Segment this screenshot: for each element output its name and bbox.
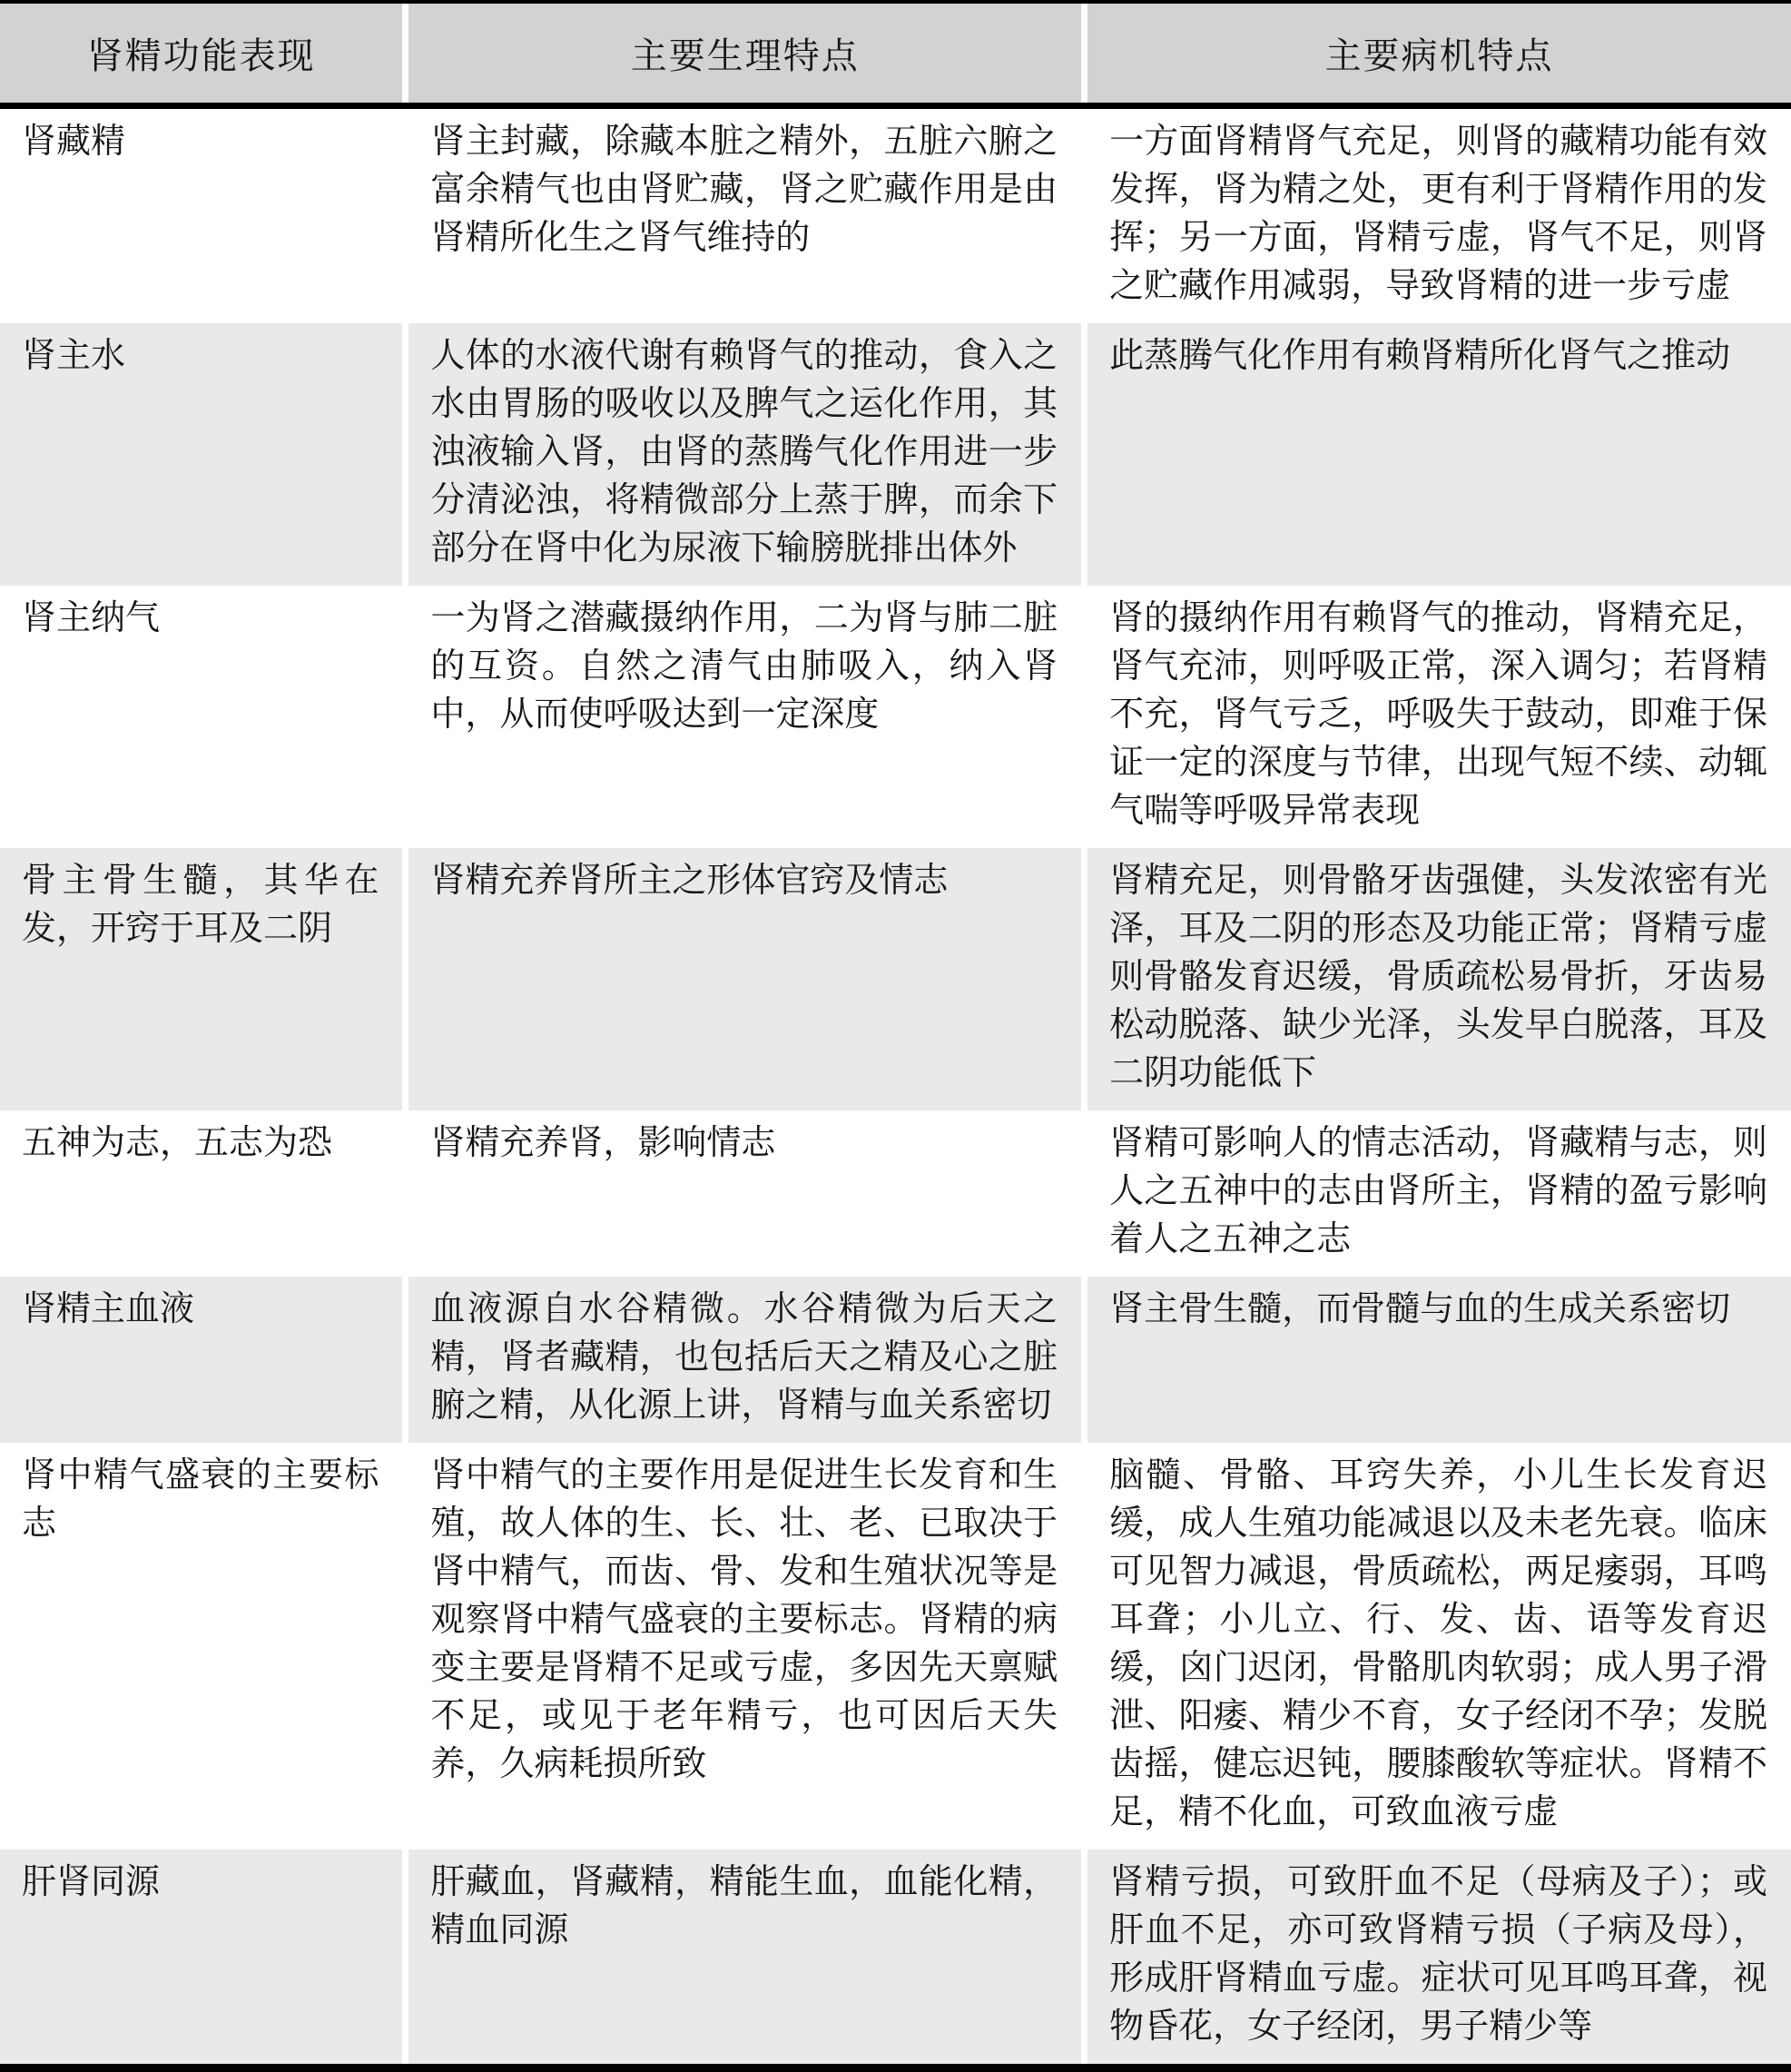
cell-function: 肾主水 [0, 323, 406, 586]
cell-physiology: 肾精充养肾所主之形体官窍及情志 [406, 848, 1085, 1110]
cell-pathology: 肾精充足，则骨骼牙齿强健，头发浓密有光泽，耳及二阴的形态及功能正常；肾精亏虚则骨… [1085, 848, 1791, 1110]
cell-pathology: 脑髓、骨骼、耳窍失养，小儿生长发育迟缓，成人生殖功能减退以及未老先衰。临床可见智… [1085, 1443, 1791, 1850]
cell-physiology: 人体的水液代谢有赖肾气的推动，食入之水由胃肠的吸收以及脾气之运化作用，其浊液输入… [406, 323, 1085, 586]
cell-physiology: 肾精充养肾，影响情志 [406, 1110, 1085, 1277]
table-body: 肾藏精 肾主封藏，除藏本脏之精外，五脏六腑之富余精气也由肾贮藏，肾之贮藏作用是由… [0, 105, 1791, 2064]
cell-pathology: 此蒸腾气化作用有赖肾精所化肾气之推动 [1085, 323, 1791, 586]
cell-physiology: 血液源自水谷精微。水谷精微为后天之精，肾者藏精，也包括后天之精及心之脏腑之精，从… [406, 1277, 1085, 1443]
cell-function: 肾精主血液 [0, 1277, 406, 1443]
cell-function: 肾藏精 [0, 105, 406, 323]
table-header: 肾精功能表现 主要生理特点 主要病机特点 [0, 4, 1791, 105]
table-row: 肾中精气盛衰的主要标志 肾中精气的主要作用是促进生长发育和生殖，故人体的生、长、… [0, 1443, 1791, 1850]
table-row: 肝肾同源 肝藏血，肾藏精，精能生血，血能化精，精血同源 肾精亏损，可致肝血不足（… [0, 1850, 1791, 2064]
cell-pathology: 肾精可影响人的情志活动，肾藏精与志，则人之五神中的志由肾所主，肾精的盈亏影响着人… [1085, 1110, 1791, 1277]
document-page: 肾精功能表现 主要生理特点 主要病机特点 肾藏精 肾主封藏，除藏本脏之精外，五脏… [0, 0, 1791, 2072]
column-header-function: 肾精功能表现 [0, 4, 406, 105]
table-row: 肾主纳气 一为肾之潜藏摄纳作用，二为肾与肺二脏的互资。自然之清气由肺吸入，纳入肾… [0, 586, 1791, 848]
cell-pathology: 肾主骨生髓，而骨髓与血的生成关系密切 [1085, 1277, 1791, 1443]
table-row: 肾主水 人体的水液代谢有赖肾气的推动，食入之水由胃肠的吸收以及脾气之运化作用，其… [0, 323, 1791, 586]
cell-function: 五神为志，五志为恐 [0, 1110, 406, 1277]
table-row: 骨主骨生髓，其华在发，开窍于耳及二阴 肾精充养肾所主之形体官窍及情志 肾精充足，… [0, 848, 1791, 1110]
cell-physiology: 一为肾之潜藏摄纳作用，二为肾与肺二脏的互资。自然之清气由肺吸入，纳入肾中，从而使… [406, 586, 1085, 848]
table-row: 肾精主血液 血液源自水谷精微。水谷精微为后天之精，肾者藏精，也包括后天之精及心之… [0, 1277, 1791, 1443]
cell-pathology: 一方面肾精肾气充足，则肾的藏精功能有效发挥，肾为精之处，更有利于肾精作用的发挥；… [1085, 105, 1791, 323]
table-row: 肾藏精 肾主封藏，除藏本脏之精外，五脏六腑之富余精气也由肾贮藏，肾之贮藏作用是由… [0, 105, 1791, 323]
cell-function: 肾主纳气 [0, 586, 406, 848]
header-row: 肾精功能表现 主要生理特点 主要病机特点 [0, 4, 1791, 105]
cell-physiology: 肾主封藏，除藏本脏之精外，五脏六腑之富余精气也由肾贮藏，肾之贮藏作用是由肾精所化… [406, 105, 1085, 323]
cell-function: 肾中精气盛衰的主要标志 [0, 1443, 406, 1850]
cell-pathology: 肾的摄纳作用有赖肾气的推动，肾精充足，肾气充沛，则呼吸正常，深入调匀；若肾精不充… [1085, 586, 1791, 848]
cell-physiology: 肝藏血，肾藏精，精能生血，血能化精，精血同源 [406, 1850, 1085, 2064]
cell-pathology: 肾精亏损，可致肝血不足（母病及子）；或肝血不足，亦可致肾精亏损（子病及母），形成… [1085, 1850, 1791, 2064]
table-row: 五神为志，五志为恐 肾精充养肾，影响情志 肾精可影响人的情志活动，肾藏精与志，则… [0, 1110, 1791, 1277]
kidney-essence-table: 肾精功能表现 主要生理特点 主要病机特点 肾藏精 肾主封藏，除藏本脏之精外，五脏… [0, 4, 1791, 2064]
cell-function: 骨主骨生髓，其华在发，开窍于耳及二阴 [0, 848, 406, 1110]
cell-function: 肝肾同源 [0, 1850, 406, 2064]
cell-physiology: 肾中精气的主要作用是促进生长发育和生殖，故人体的生、长、壮、老、已取决于肾中精气… [406, 1443, 1085, 1850]
column-header-physiology: 主要生理特点 [406, 4, 1085, 105]
column-header-pathology: 主要病机特点 [1085, 4, 1791, 105]
